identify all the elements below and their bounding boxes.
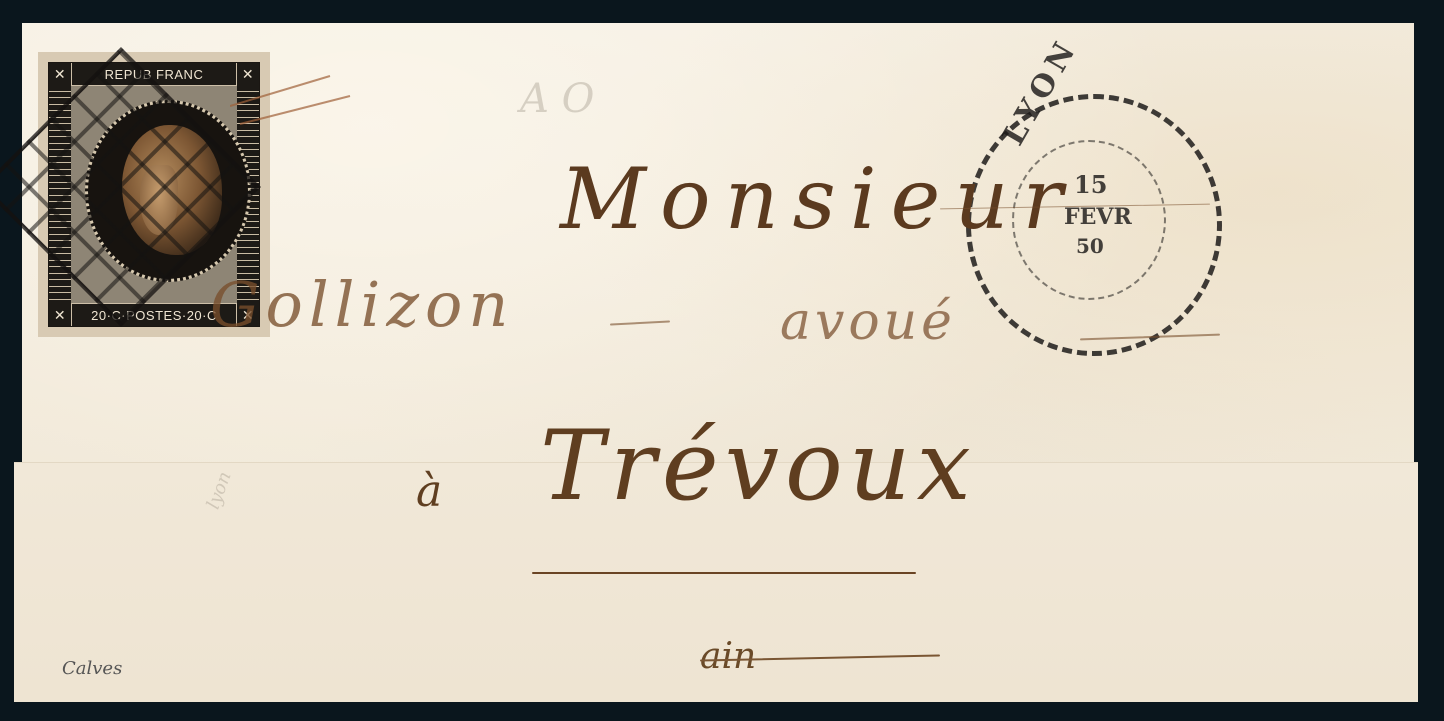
address-salutation: Monsieur	[560, 150, 1077, 248]
city-underline	[532, 572, 916, 574]
stamp-corner-x-icon: ✕	[49, 304, 72, 326]
postmark-day: 15	[1074, 170, 1107, 199]
expert-signature-mark: Calves	[62, 658, 122, 679]
address-name: Gollizon	[210, 268, 514, 341]
postmark-year: 50	[1076, 234, 1104, 258]
address-profession: avoué	[780, 292, 956, 352]
stamp-corner-x-icon: ✕	[49, 63, 72, 85]
address-department: ain	[700, 636, 756, 677]
address-preposition: à	[416, 466, 442, 517]
faint-offset-text: A O	[520, 76, 594, 122]
address-city: Trévoux	[540, 410, 977, 522]
pen-cancel-strokes	[230, 66, 360, 126]
